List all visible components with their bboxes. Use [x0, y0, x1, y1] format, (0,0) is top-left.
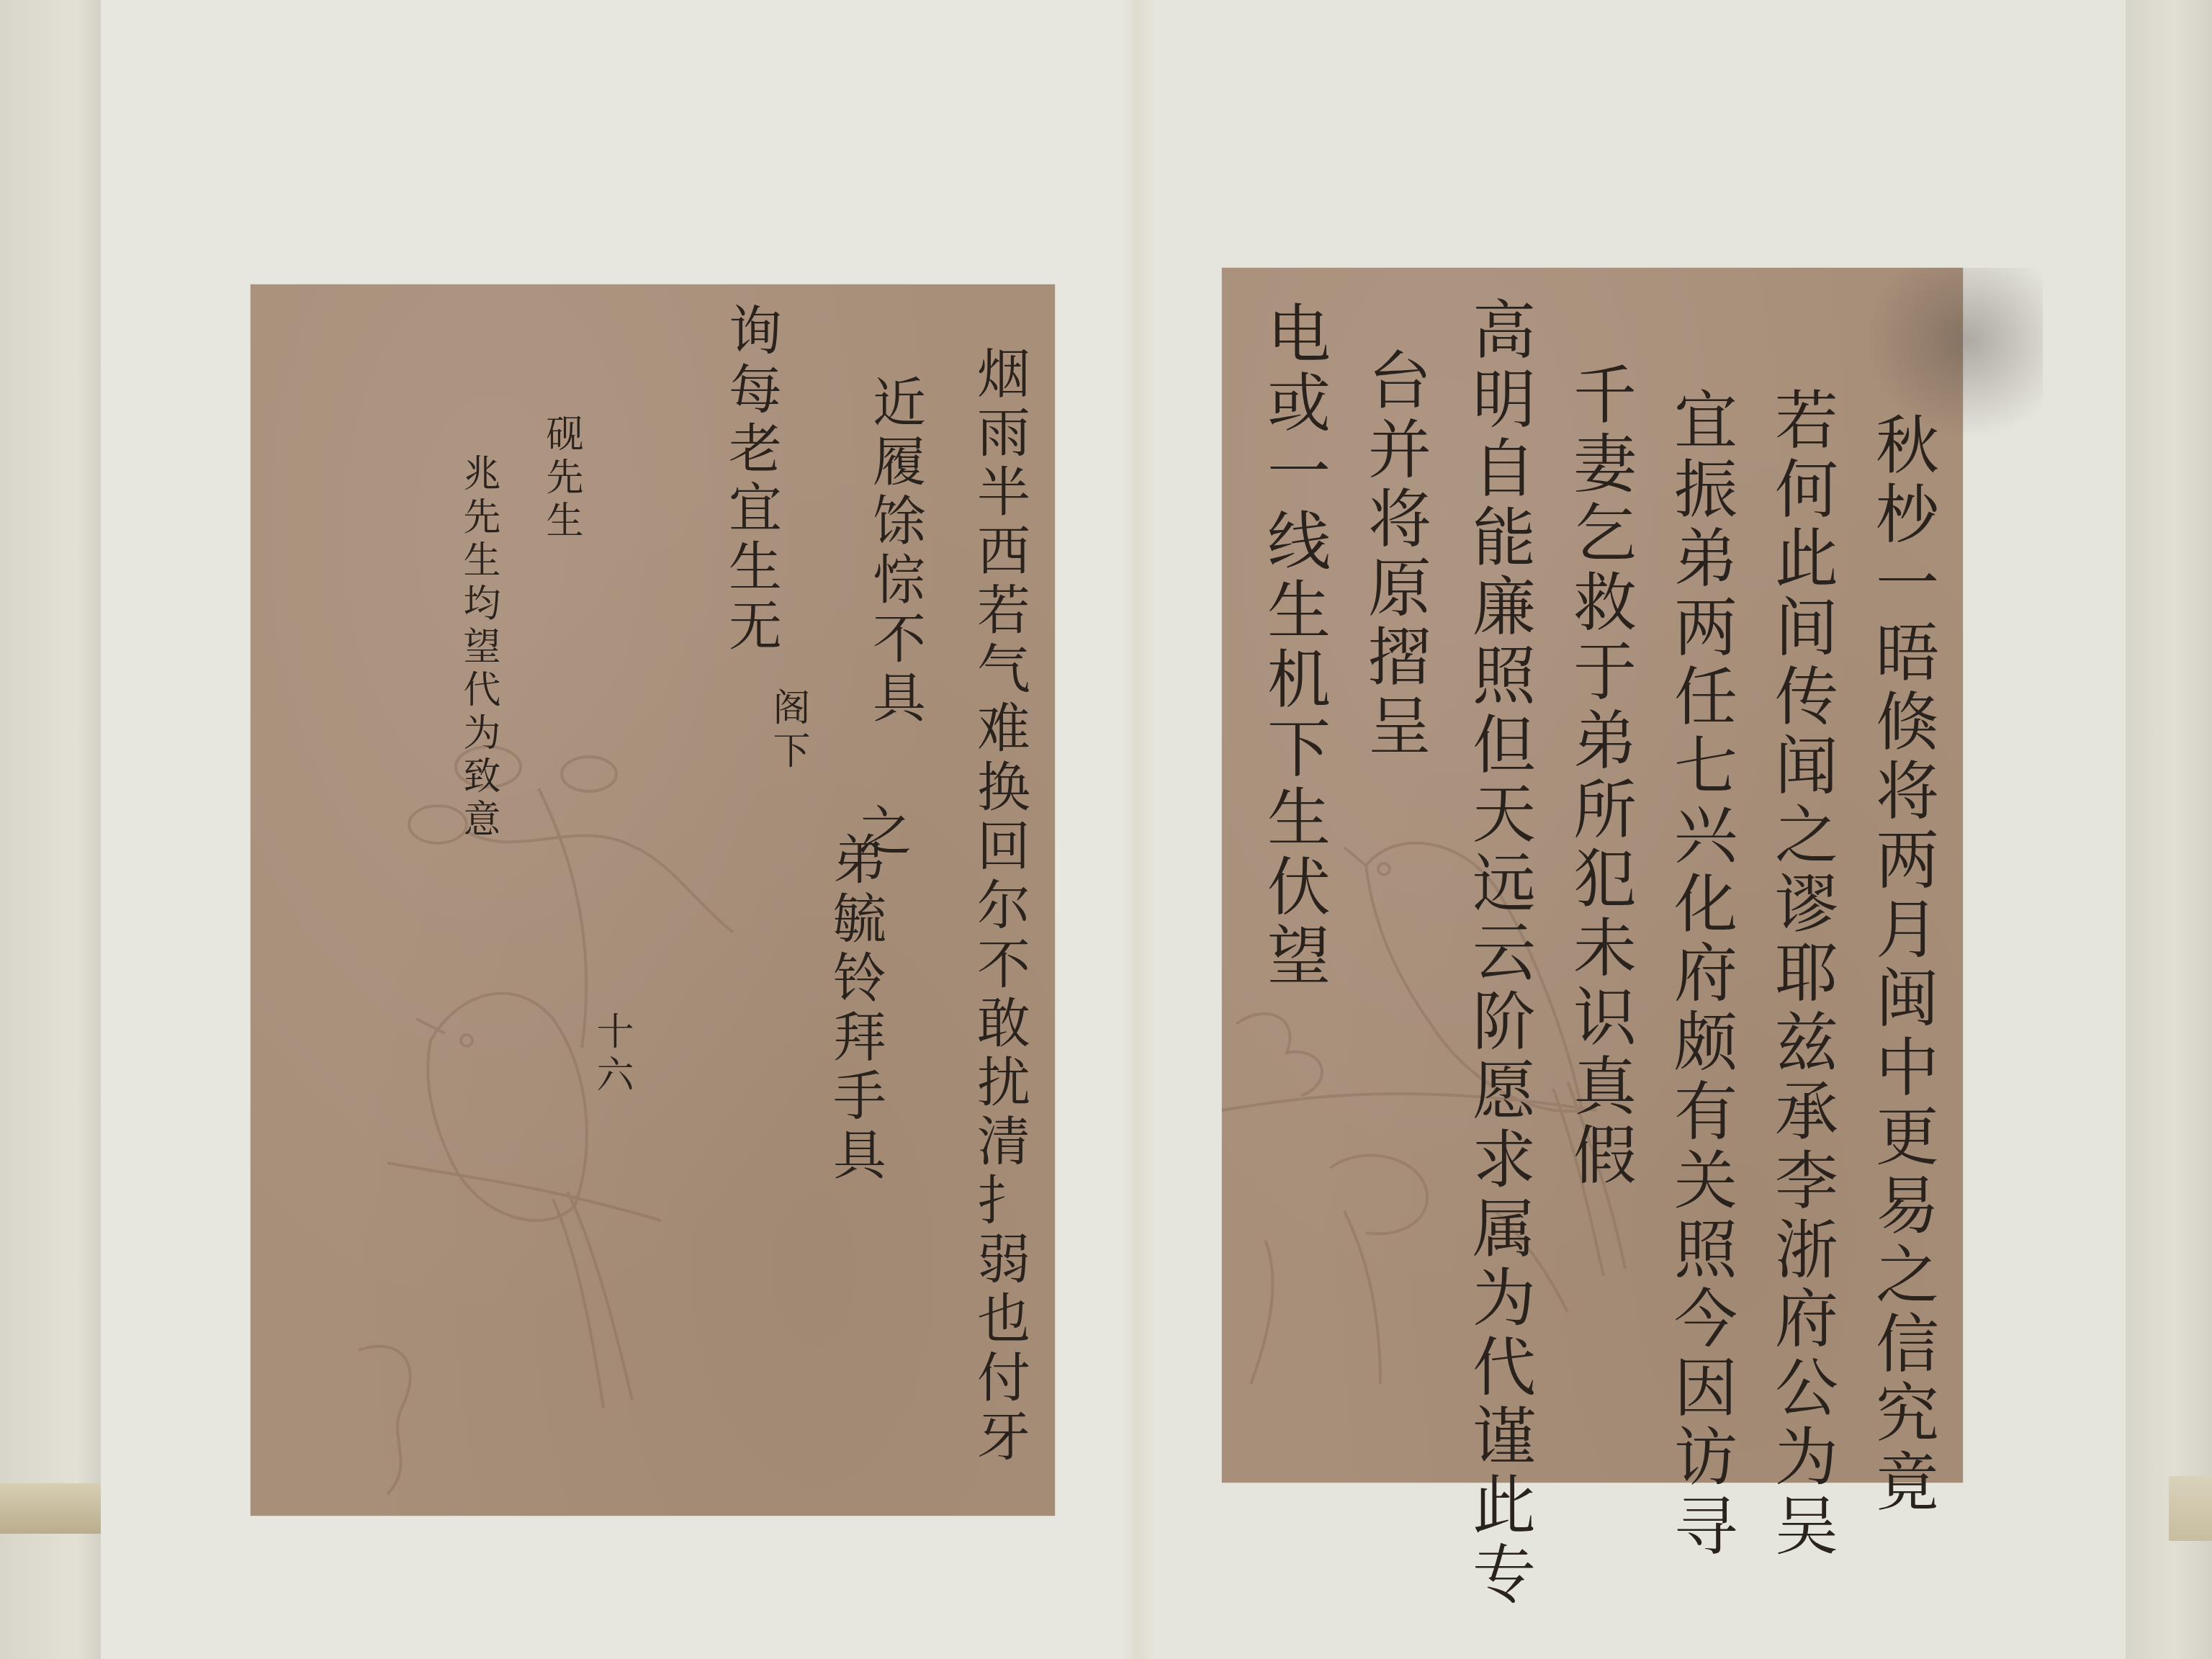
letter-column: 烟雨半西若气难换回尔不敢扰清扌弱也付牙: [973, 346, 1026, 1467]
letter-leaf-left: 烟雨半西若气难换回尔不敢扰清扌弱也付牙 近履馀悰不具 之 询每老宜生无 阁下 弟…: [251, 284, 1055, 1516]
letter-leaf-right: 秋杪一晤倏将两月闽中更易之信究竟 若何此间传闻之谬耶兹承李浙府公为吴 宜振弟两任…: [1222, 268, 1963, 1483]
letter-column: 询每老宜生无: [724, 302, 778, 657]
bird-plum-underpainting: [359, 716, 863, 1509]
letter-column: 若何此间传闻之谬耶兹承李浙府公为吴: [1770, 387, 1833, 1562]
postscript-text: 兆先生均望代为致意: [459, 454, 497, 842]
letter-column: 电或一线生机下生伏望: [1262, 300, 1326, 992]
album-gutter: [1120, 0, 1156, 1659]
letter-column: 近履馀悰不具: [868, 374, 922, 729]
backdrop-band: [2169, 1476, 2212, 1541]
honorific-text: 阁下: [769, 688, 806, 774]
backdrop-left-edge: [0, 0, 108, 1659]
letter-column: 宜振弟两任七兴化府颇有关照今因访寻: [1669, 387, 1732, 1562]
letter-column: 千妻乞救于弟所犯未识真假: [1568, 361, 1632, 1191]
backdrop-band: [0, 1483, 108, 1534]
backdrop-right-edge: [2118, 0, 2212, 1659]
letter-column: 高明自能廉照但天远云阶愿求属为代谨此专: [1467, 297, 1531, 1610]
addressee-text: 砚先生: [542, 414, 580, 544]
letter-column: 秋杪一晤倏将两月闽中更易之信究竟: [1871, 412, 1934, 1518]
date-text: 十六: [593, 1012, 630, 1098]
signature-text: 弟毓铃拜手具: [829, 832, 882, 1186]
letter-column: 台并将原摺呈: [1363, 347, 1426, 762]
